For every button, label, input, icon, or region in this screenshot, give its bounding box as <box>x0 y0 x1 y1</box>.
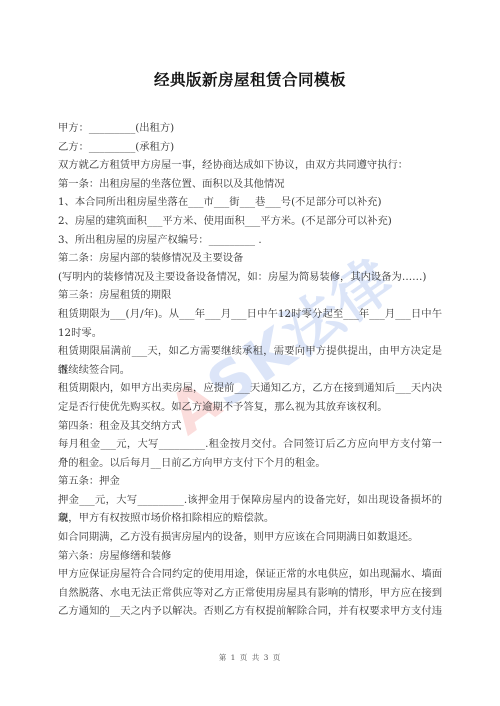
article-4-heading: 第四条：租金及其交纳方式 <box>58 417 442 436</box>
preamble: 双方就乙方租赁甲方房屋一事，经协商达成如下协议，由双方共同遵守执行： <box>58 156 442 175</box>
article-6-text-line-3: 乙方通知的__天之内予以解决。否则乙方有权提前解除合同，并有权要求甲方支付违 <box>58 602 442 621</box>
article-4-text-line-2: 月的租金。以后每月__日前乙方向甲方支付下个月的租金。 <box>58 454 442 473</box>
article-1-item-2: 2、房屋的建筑面积___平方米、使用面积___平方米。(不足部分可以补充) <box>58 212 442 231</box>
article-5-refund: 如合同期满，乙方没有损害房屋内的设备，则甲方应该在合同期满日如数退还。 <box>58 528 442 547</box>
article-3-sale-line-2: 定是否行使优先购买权。如乙方逾期不予答复，那么视为其放弃该权利。 <box>58 398 442 417</box>
article-1-item-3: 3、所出租房屋的房屋产权编号：_________ . <box>58 231 442 250</box>
article-6-text-line-2: 自然脱落、水电无法正常供应等对乙方正常使用房屋具有影响的情形，甲方应在接到 <box>58 584 442 603</box>
document-title: 经典版新房屋租赁合同模板 <box>0 68 500 90</box>
article-5-text-line-2: 象，甲方有权按照市场价格扣除相应的赔偿款。 <box>58 509 442 528</box>
article-4-text-line-1: 每月租金___元，大写_________.租金按月交付。合同签订后乙方应向甲方支… <box>58 435 442 454</box>
article-3-sale-line-1: 租赁期限内，如甲方出卖房屋，应提前___天通知乙方，乙方在接到通知后___天内决 <box>58 379 442 398</box>
article-5-text-line-1: 押金___元，大写_________.该押金用于保障房屋内的设备完好，如出现设备… <box>58 491 442 510</box>
article-3-term-line-1: 租赁期限为___(月/年)。从___年___月___日中午12时零分起至___年… <box>58 305 442 324</box>
article-5-heading: 第五条：押金 <box>58 472 442 491</box>
page-indicator: 第 1 页 共 3 页 <box>0 652 500 663</box>
document-page: ASK法律 经典版新房屋租赁合同模板 甲方：_________(出租方) 乙方：… <box>0 0 500 706</box>
article-3-renewal-line-1: 租赁期限届满前___天，如乙方需要继续承租，需要向甲方提供提出，由甲方决定是否 <box>58 342 442 361</box>
article-3-renewal-line-2: 继续续签合同。 <box>58 361 442 380</box>
article-6-text-line-1: 甲方应保证房屋符合合同约定的使用用途，保证正常的水电供应，如出现漏水、墙面 <box>58 565 442 584</box>
article-3-heading: 第三条：房屋租赁的期限 <box>58 286 442 305</box>
document-body: 甲方：_________(出租方) 乙方：_________(承租方) 双方就乙… <box>58 119 442 621</box>
article-6-heading: 第六条：房屋修缮和装修 <box>58 547 442 566</box>
article-2-text: (写明内的装修情况及主要设备设备情况，如：房屋为简易装修，其内设备为……) <box>58 268 442 287</box>
article-1-heading: 第一条：出租房屋的坐落位置、面积以及其他情况 <box>58 175 442 194</box>
party-a-line: 甲方：_________(出租方) <box>58 119 442 138</box>
article-2-heading: 第二条：房屋内部的装修情况及主要设备 <box>58 249 442 268</box>
article-3-term-line-2: 12时零。 <box>58 324 442 343</box>
article-1-item-1: 1、本合同所出租房屋坐落在___市___街___巷___号(不足部分可以补充) <box>58 193 442 212</box>
party-b-line: 乙方：_________(承租方) <box>58 138 442 157</box>
